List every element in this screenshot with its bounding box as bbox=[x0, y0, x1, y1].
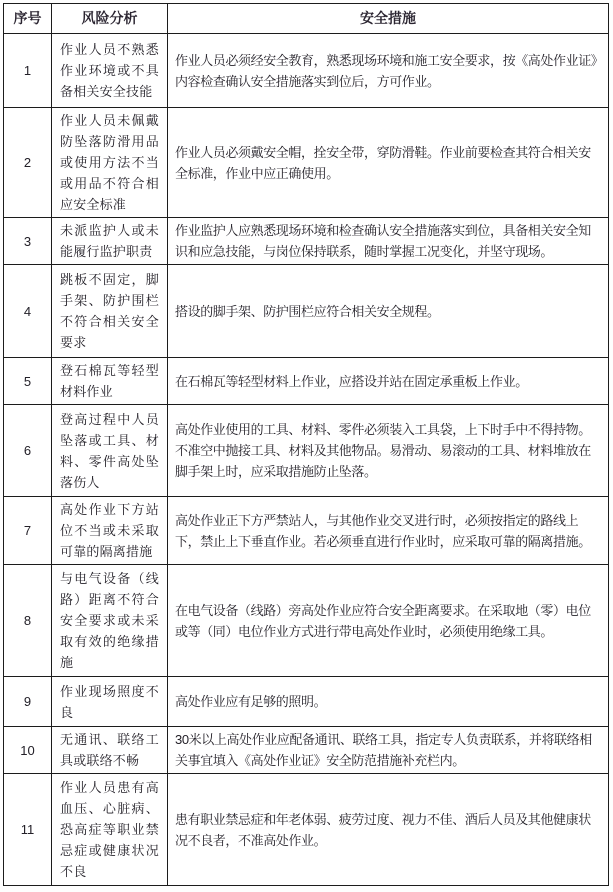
table-row: 6 登高过程中人员坠落或工具、材料、零件高处坠落伤人 高处作业使用的工具、材料、… bbox=[4, 405, 609, 497]
risk-analysis-cell: 未派监护人或未能履行监护职责 bbox=[52, 218, 168, 265]
table-row: 3 未派监护人或未能履行监护职责 作业监护人应熟悉现场环境和检查确认安全措施落实… bbox=[4, 218, 609, 265]
safety-measure-cell: 作业人员必须戴安全帽，拴安全带，穿防滑鞋。作业前要检查其符合相关安全标准，作业中… bbox=[168, 108, 609, 218]
risk-analysis-cell: 登高过程中人员坠落或工具、材料、零件高处坠落伤人 bbox=[52, 405, 168, 497]
serial-cell: 11 bbox=[4, 774, 52, 886]
safety-measure-cell: 30米以上高处作业应配备通讯、联络工具，指定专人负责联系，并将联络相关事宜填入《… bbox=[168, 727, 609, 774]
table-header-row: 序号 风险分析 安全措施 bbox=[4, 4, 609, 34]
serial-cell: 7 bbox=[4, 497, 52, 565]
serial-cell: 10 bbox=[4, 727, 52, 774]
safety-measure-cell: 在石棉瓦等轻型材料上作业，应搭设并站在固定承重板上作业。 bbox=[168, 358, 609, 405]
safety-measure-cell: 在电气设备（线路）旁高处作业应符合安全距离要求。在采取地（零）电位或等（同）电位… bbox=[168, 565, 609, 677]
column-header-safety-measures: 安全措施 bbox=[168, 4, 609, 34]
serial-cell: 6 bbox=[4, 405, 52, 497]
risk-analysis-cell: 作业现场照度不良 bbox=[52, 677, 168, 727]
risk-analysis-cell: 跳板不固定，脚手架、防护围栏不符合相关安全要求 bbox=[52, 265, 168, 358]
risk-analysis-cell: 无通讯、联络工具或联络不畅 bbox=[52, 727, 168, 774]
column-header-serial: 序号 bbox=[4, 4, 52, 34]
risk-analysis-cell: 登石棉瓦等轻型材料作业 bbox=[52, 358, 168, 405]
serial-cell: 9 bbox=[4, 677, 52, 727]
risk-analysis-table: 序号 风险分析 安全措施 1 作业人员不熟悉作业环境或不具备相关安全技能 作业人… bbox=[3, 3, 609, 886]
safety-measure-cell: 高处作业正下方严禁站人，与其他作业交叉进行时，必须按指定的路线上下，禁止上下垂直… bbox=[168, 497, 609, 565]
document-page: 序号 风险分析 安全措施 1 作业人员不熟悉作业环境或不具备相关安全技能 作业人… bbox=[0, 0, 613, 892]
table-row: 11 作业人员患有高血压、心脏病、恐高症等职业禁忌症或健康状况不良 患有职业禁忌… bbox=[4, 774, 609, 886]
risk-analysis-cell: 作业人员患有高血压、心脏病、恐高症等职业禁忌症或健康状况不良 bbox=[52, 774, 168, 886]
serial-cell: 8 bbox=[4, 565, 52, 677]
serial-cell: 1 bbox=[4, 34, 52, 108]
table-row: 10 无通讯、联络工具或联络不畅 30米以上高处作业应配备通讯、联络工具，指定专… bbox=[4, 727, 609, 774]
serial-cell: 4 bbox=[4, 265, 52, 358]
table-row: 1 作业人员不熟悉作业环境或不具备相关安全技能 作业人员必须经安全教育，熟悉现场… bbox=[4, 34, 609, 108]
table-row: 7 高处作业下方站位不当或未采取可靠的隔离措施 高处作业正下方严禁站人，与其他作… bbox=[4, 497, 609, 565]
risk-analysis-cell: 与电气设备（线路）距离不符合安全要求或未采取有效的绝缘措施 bbox=[52, 565, 168, 677]
safety-measure-cell: 高处作业使用的工具、材料、零件必须装入工具袋，上下时手中不得持物。不准空中抛接工… bbox=[168, 405, 609, 497]
table-row: 2 作业人员未佩戴防坠落防滑用品或使用方法不当或用品不符合相应安全标准 作业人员… bbox=[4, 108, 609, 218]
safety-measure-cell: 作业人员必须经安全教育，熟悉现场环境和施工安全要求，按《高处作业证》内容检查确认… bbox=[168, 34, 609, 108]
table-row: 8 与电气设备（线路）距离不符合安全要求或未采取有效的绝缘措施 在电气设备（线路… bbox=[4, 565, 609, 677]
serial-cell: 5 bbox=[4, 358, 52, 405]
serial-cell: 2 bbox=[4, 108, 52, 218]
column-header-risk-analysis: 风险分析 bbox=[52, 4, 168, 34]
safety-measure-cell: 高处作业应有足够的照明。 bbox=[168, 677, 609, 727]
risk-analysis-cell: 作业人员不熟悉作业环境或不具备相关安全技能 bbox=[52, 34, 168, 108]
table-row: 5 登石棉瓦等轻型材料作业 在石棉瓦等轻型材料上作业，应搭设并站在固定承重板上作… bbox=[4, 358, 609, 405]
risk-analysis-cell: 作业人员未佩戴防坠落防滑用品或使用方法不当或用品不符合相应安全标准 bbox=[52, 108, 168, 218]
table-row: 4 跳板不固定，脚手架、防护围栏不符合相关安全要求 搭设的脚手架、防护围栏应符合… bbox=[4, 265, 609, 358]
serial-cell: 3 bbox=[4, 218, 52, 265]
table-row: 9 作业现场照度不良 高处作业应有足够的照明。 bbox=[4, 677, 609, 727]
risk-analysis-cell: 高处作业下方站位不当或未采取可靠的隔离措施 bbox=[52, 497, 168, 565]
safety-measure-cell: 患有职业禁忌症和年老体弱、疲劳过度、视力不佳、酒后人员及其他健康状况不良者，不准… bbox=[168, 774, 609, 886]
safety-measure-cell: 搭设的脚手架、防护围栏应符合相关安全规程。 bbox=[168, 265, 609, 358]
safety-measure-cell: 作业监护人应熟悉现场环境和检查确认安全措施落实到位，具备相关安全知识和应急技能，… bbox=[168, 218, 609, 265]
